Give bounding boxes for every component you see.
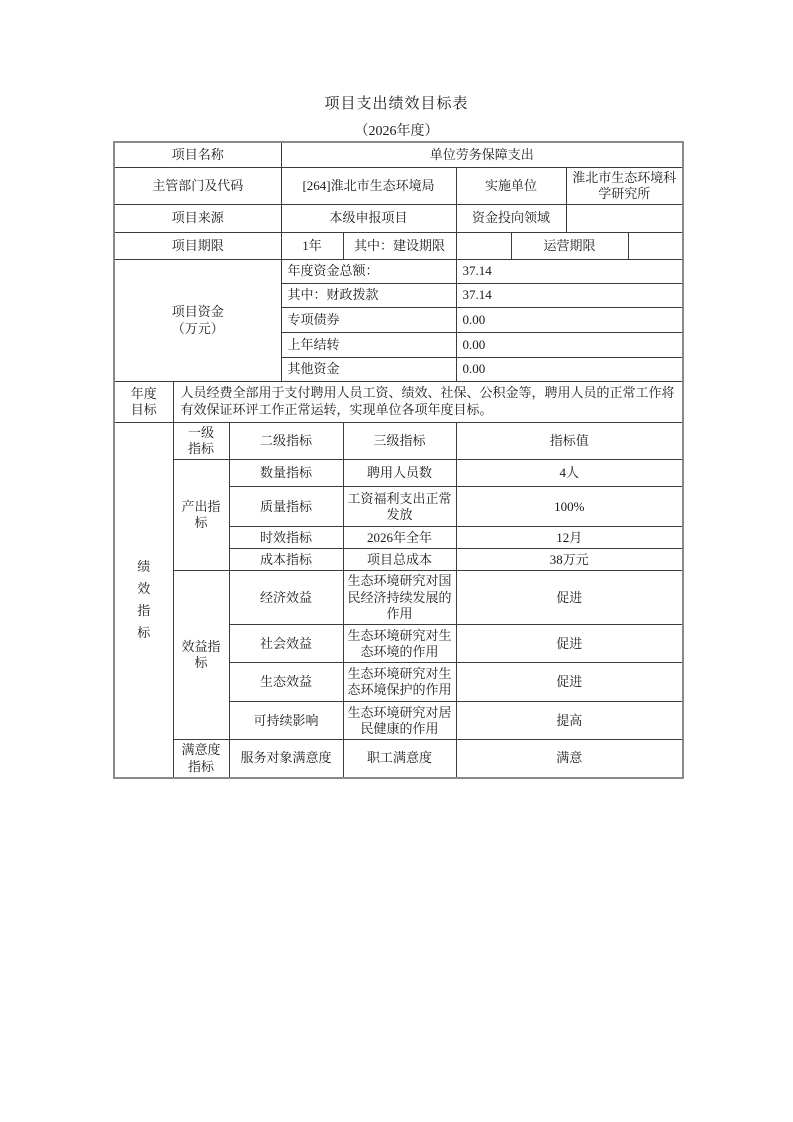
table-row: 项目来源 本级申报项目 资金投向领域: [114, 205, 683, 233]
header-level1: 一级 指标: [173, 422, 229, 460]
header-value: 指标值: [456, 422, 683, 460]
table-row: 项目资金 （万元） 年度资金总额： 37.14: [114, 260, 683, 284]
fund-total-label: 年度资金总额：: [281, 260, 456, 284]
fund-other-value: 0.00: [456, 358, 683, 382]
indicator-value: 促进: [456, 571, 683, 625]
indicator-group-output: 产出指 标: [173, 460, 229, 571]
table-row: 年度 目标 人员经费全部用于支付聘用人员工资、绩效、社保、公积金等，聘用人员的正…: [114, 382, 683, 423]
impl-unit-label: 实施单位: [456, 167, 566, 205]
table-row: 项目名称 单位劳务保障支出: [114, 142, 683, 167]
indicator-level2: 经济效益: [229, 571, 343, 625]
fund-direction-value: [566, 205, 683, 233]
table-row: 绩效指标 一级 指标 二级指标 三级指标 指标值: [114, 422, 683, 460]
construction-period-value: [456, 233, 511, 260]
indicator-value: 满意: [456, 740, 683, 778]
project-period-value: 1年: [281, 233, 343, 260]
project-funds-label: 项目资金 （万元）: [114, 260, 281, 382]
indicator-level3: 工资福利支出正常 发放: [343, 487, 456, 527]
project-source-value: 本级申报项目: [281, 205, 456, 233]
fund-direction-label: 资金投向领域: [456, 205, 566, 233]
project-period-label: 项目期限: [114, 233, 281, 260]
indicator-level3: 2026年全年: [343, 527, 456, 549]
table-row: 满意度 指标 服务对象满意度 职工满意度 满意: [114, 740, 683, 778]
indicator-value: 38万元: [456, 549, 683, 571]
indicator-group-benefit: 效益指 标: [173, 571, 229, 740]
table-row: 项目期限 1年 其中：建设期限 运营期限: [114, 233, 683, 260]
table-row: 效益指 标 经济效益 生态环境研究对国 民经济持续发展的 作用 促进: [114, 571, 683, 625]
annual-goal-text: 人员经费全部用于支付聘用人员工资、绩效、社保、公积金等，聘用人员的正常工作将有效…: [173, 382, 683, 423]
performance-indicator-side-label: 绩效指标: [114, 422, 173, 778]
fund-fiscal-label: 其中：财政拨款: [281, 284, 456, 308]
indicator-level3: 聘用人员数: [343, 460, 456, 487]
indicator-level2: 生态效益: [229, 663, 343, 702]
performance-target-table: 项目名称 单位劳务保障支出 主管部门及代码 [264]淮北市生态环境局 实施单位…: [113, 141, 684, 779]
indicator-level2: 数量指标: [229, 460, 343, 487]
indicator-level2: 成本指标: [229, 549, 343, 571]
header-level3: 三级指标: [343, 422, 456, 460]
annual-goal-label: 年度 目标: [114, 382, 173, 423]
indicator-value: 4人: [456, 460, 683, 487]
indicator-level3: 生态环境研究对生 态环境的作用: [343, 625, 456, 663]
fund-carryover-label: 上年结转: [281, 333, 456, 358]
performance-indicator-side-text: 绩效指标: [137, 556, 151, 644]
construction-period-label: 其中：建设期限: [343, 233, 456, 260]
indicator-level2: 服务对象满意度: [229, 740, 343, 778]
indicator-value: 促进: [456, 625, 683, 663]
dept-code-value: [264]淮北市生态环境局: [281, 167, 456, 205]
fund-carryover-value: 0.00: [456, 333, 683, 358]
indicator-level3: 生态环境研究对国 民经济持续发展的 作用: [343, 571, 456, 625]
fund-other-label: 其他资金: [281, 358, 456, 382]
impl-unit-value: 淮北市生态环境科 学研究所: [566, 167, 683, 205]
fund-fiscal-value: 37.14: [456, 284, 683, 308]
table-row: 产出指 标 数量指标 聘用人员数 4人: [114, 460, 683, 487]
dept-code-label: 主管部门及代码: [114, 167, 281, 205]
indicator-level3: 项目总成本: [343, 549, 456, 571]
project-source-label: 项目来源: [114, 205, 281, 233]
indicator-level2: 可持续影响: [229, 702, 343, 740]
indicator-level3: 生态环境研究对生 态环境保护的作用: [343, 663, 456, 702]
indicator-value: 100%: [456, 487, 683, 527]
indicator-value: 12月: [456, 527, 683, 549]
indicator-value: 提高: [456, 702, 683, 740]
project-name-value: 单位劳务保障支出: [281, 142, 683, 167]
indicator-level2: 时效指标: [229, 527, 343, 549]
indicator-level3: 生态环境研究对居 民健康的作用: [343, 702, 456, 740]
fund-bond-value: 0.00: [456, 308, 683, 333]
indicator-value: 促进: [456, 663, 683, 702]
operation-period-label: 运营期限: [511, 233, 628, 260]
table-row: 主管部门及代码 [264]淮北市生态环境局 实施单位 淮北市生态环境科 学研究所: [114, 167, 683, 205]
indicator-level2: 社会效益: [229, 625, 343, 663]
indicator-level2: 质量指标: [229, 487, 343, 527]
fund-total-value: 37.14: [456, 260, 683, 284]
doc-title: 项目支出绩效目标表: [0, 92, 793, 113]
document-page: 项目支出绩效目标表 （2026年度） 项目名称 单位劳务保障支出 主管部门及代码…: [0, 0, 793, 1122]
fund-bond-label: 专项债券: [281, 308, 456, 333]
doc-subtitle: （2026年度）: [0, 120, 793, 140]
project-name-label: 项目名称: [114, 142, 281, 167]
indicator-group-satisfaction: 满意度 指标: [173, 740, 229, 778]
indicator-level3: 职工满意度: [343, 740, 456, 778]
operation-period-value: [628, 233, 683, 260]
header-level2: 二级指标: [229, 422, 343, 460]
